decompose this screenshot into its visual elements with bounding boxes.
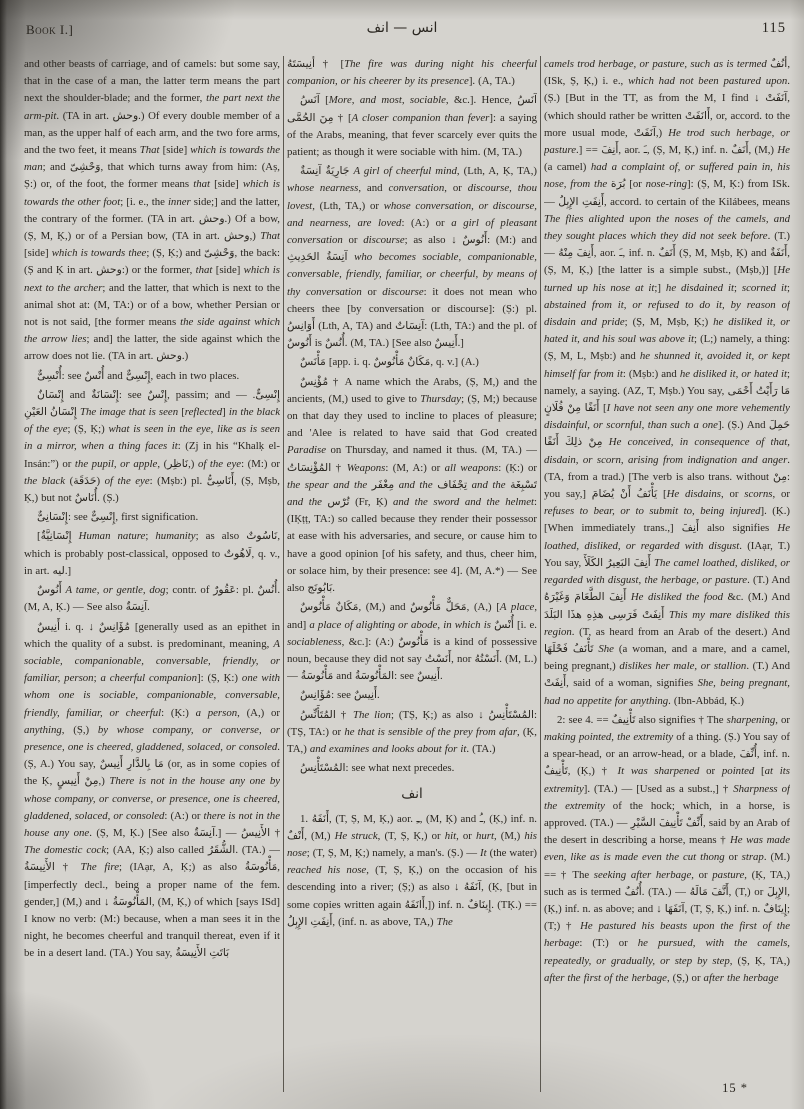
dictionary-paragraph: إِنْسَانٌ and إِنْسَانَةٌ: see إِنْسٌ, p… xyxy=(24,387,280,507)
dictionary-paragraph: أُنْسِىٌّ: see أُنْسٌ and إِنْسِىٌّ, eac… xyxy=(24,368,280,385)
book-page: Book I.] انس — انف 115 and other beasts … xyxy=(0,0,804,1109)
dictionary-paragraph: مُؤَانِسٌ: see أَنِيسٌ. xyxy=(287,687,537,704)
page-header: Book I.] انس — انف 115 xyxy=(0,0,804,50)
column-rule xyxy=(540,56,541,1092)
dictionary-paragraph: مُؤْنِسٌ † A name which the Arabs, (Ṣ, M… xyxy=(287,374,537,598)
dictionary-paragraph: 1. أَنَفَهُ, (T, Ṣ, M, Ḳ,) aor. ـِ, (M, … xyxy=(287,811,537,931)
dictionary-paragraph: أَنُوسٌ A tame, or gentle, dog; contr. o… xyxy=(24,582,280,616)
column-middle: أَنِيسَتَهُ † [The fire was during night… xyxy=(287,56,537,1092)
dictionary-paragraph: أَنِيسَتَهُ † [The fire was during night… xyxy=(287,56,537,90)
dictionary-paragraph: المُتَأَنِّسُ † The lion; (TṢ, Ḳ;) as al… xyxy=(287,707,537,759)
dictionary-paragraph: آنَسُ [More, and most, sociable, &c.]. H… xyxy=(287,92,537,161)
dictionary-paragraph: أَنِيسٌ i. q. ↓ مُؤَانِسٌ [generally use… xyxy=(24,619,280,963)
dictionary-paragraph: and other beasts of carriage, and of cam… xyxy=(24,56,280,366)
text-columns: and other beasts of carriage, and of cam… xyxy=(0,50,804,1092)
dictionary-paragraph: المُسْتَأْنِسُ: see what next precedes. xyxy=(287,760,537,777)
column-right: camels trod herbage, or pasture, such as… xyxy=(544,56,790,1092)
column-left: and other beasts of carriage, and of cam… xyxy=(24,56,280,1092)
dictionary-paragraph: camels trod herbage, or pasture, such as… xyxy=(544,56,790,710)
signature-mark: 15 * xyxy=(722,1081,748,1096)
dictionary-paragraph: إِنْسَانِىٌّ: see إِنْسِىٌّ, first signi… xyxy=(24,509,280,526)
dictionary-paragraph: جَارِيَةٌ آنِسَةٌ A girl of cheerful min… xyxy=(287,163,537,352)
dictionary-paragraph: 2: see 4. == تَأْنِيفٌ also signifies † … xyxy=(544,712,790,987)
dictionary-paragraph: مَأْنَسٌ [app. i. q. مَكَانٌ مَأْنُوسٌ, … xyxy=(287,354,537,371)
page-number: 115 xyxy=(762,20,786,37)
dictionary-paragraph: مَكَانٌ مَأْنُوسٌ, (M,) and مَحَلٌّ مَأْ… xyxy=(287,599,537,685)
running-title-arabic: انس — انف xyxy=(0,20,804,36)
dictionary-paragraph: [إِنْسَانِيَّةٌ Human nature; humanity; … xyxy=(24,528,280,580)
root-heading-anf: انف xyxy=(287,786,537,803)
column-rule xyxy=(283,56,284,1092)
